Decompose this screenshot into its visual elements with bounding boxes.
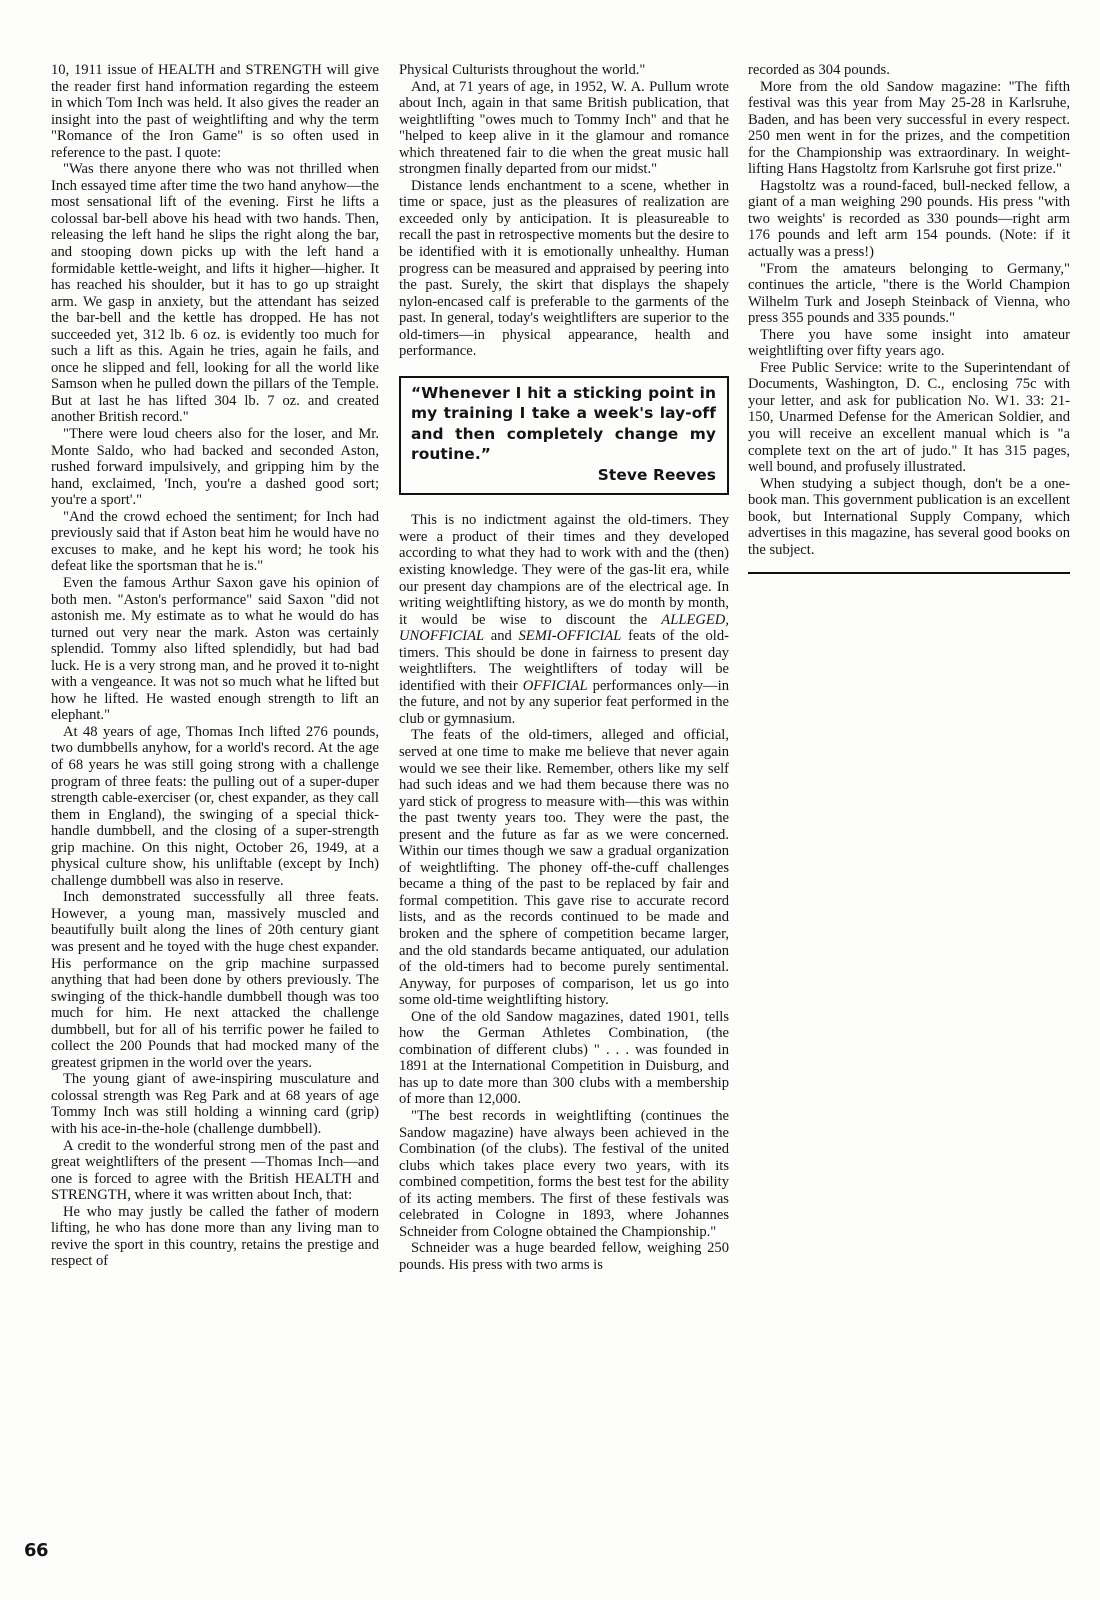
paragraph: Schneider was a huge bearded fellow, wei… <box>399 1240 729 1273</box>
paragraph: A credit to the wonderful strong men of … <box>51 1138 379 1204</box>
paragraph: 10, 1911 issue of HEALTH and STRENGTH wi… <box>51 62 379 161</box>
paragraph: Physical Culturists throughout the world… <box>399 62 729 79</box>
paragraph: Hagstoltz was a round-faced, bull-necked… <box>748 178 1070 261</box>
article-end-rule <box>748 572 1070 574</box>
paragraph: Even the famous Arthur Saxon gave his op… <box>51 575 379 724</box>
column-2: Physical Culturists throughout the world… <box>399 62 729 1274</box>
pull-quote-text: “Whenever I hit a sticking point in my t… <box>411 383 716 465</box>
pull-quote-box: “Whenever I hit a sticking point in my t… <box>399 376 729 496</box>
paragraph: This is no indictment against the old-ti… <box>399 512 729 727</box>
paragraph: One of the old Sandow magazines, dated 1… <box>399 1009 729 1108</box>
page-number: 66 <box>24 1540 48 1561</box>
paragraph: The young giant of awe-inspiring muscula… <box>51 1071 379 1137</box>
magazine-page: 10, 1911 issue of HEALTH and STRENGTH wi… <box>0 0 1100 1600</box>
paragraph: At 48 years of age, Thomas Inch lifted 2… <box>51 724 379 889</box>
paragraph: More from the old Sandow magazine: "The … <box>748 79 1070 178</box>
paragraph: "From the amateurs belonging to Ger­many… <box>748 261 1070 327</box>
paragraph: And, at 71 years of age, in 1952, W. A. … <box>399 79 729 178</box>
paragraph: recorded as 304 pounds. <box>748 62 1070 79</box>
paragraph: "Was there anyone there who was not thri… <box>51 161 379 426</box>
column-1: 10, 1911 issue of HEALTH and STRENGTH wi… <box>51 62 379 1270</box>
column-3: recorded as 304 pounds. More from the ol… <box>748 62 1070 574</box>
paragraph: Distance lends enchantment to a scene, w… <box>399 178 729 360</box>
paragraph: "There were loud cheers also for the los… <box>51 426 379 509</box>
paragraph: "And the crowd echoed the sentiment; for… <box>51 509 379 575</box>
paragraph: "The best records in weightlifting (con­… <box>399 1108 729 1240</box>
paragraph: The feats of the old-timers, alleged and… <box>399 727 729 1008</box>
paragraph: When studying a subject though, don't be… <box>748 476 1070 559</box>
paragraph: There you have some insight into amateur… <box>748 327 1070 360</box>
pull-quote-attribution: Steve Reeves <box>411 465 716 486</box>
paragraph: He who may justly be called the father o… <box>51 1204 379 1270</box>
paragraph: Inch demonstrated successfully all three… <box>51 889 379 1071</box>
paragraph: Free Public Service: write to the Superi… <box>748 360 1070 476</box>
